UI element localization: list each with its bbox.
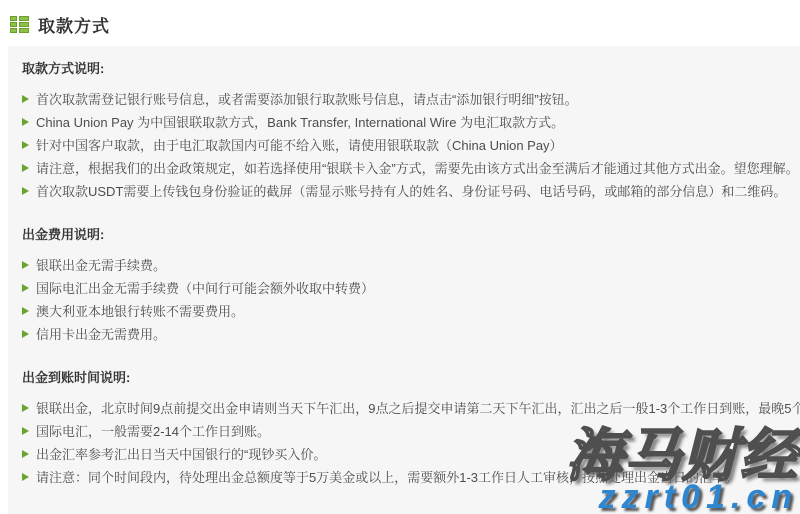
- list-item: 请注意，根据我们的出金政策规定，如若选择使用“银联卡入金”方式，需要先由该方式出…: [22, 161, 794, 176]
- arrow-bullet-icon: [22, 187, 29, 195]
- section-heading-withdraw-fees: 出金费用说明:: [22, 227, 794, 242]
- arrow-bullet-icon: [22, 450, 29, 458]
- arrow-bullet-icon: [22, 427, 29, 435]
- item-text: 银联出金，北京时间9点前提交出金申请则当天下午汇出，9点之后提交申请第二天下午汇…: [36, 401, 800, 416]
- list-item: 首次取款USDT需要上传钱包身份验证的截屏（需显示账号持有人的姓名、身份证号码、…: [22, 184, 794, 199]
- arrow-bullet-icon: [22, 307, 29, 315]
- section-heading-withdraw-methods: 取款方式说明:: [22, 61, 794, 76]
- item-text: 首次取款USDT需要上传钱包身份验证的截屏（需显示账号持有人的姓名、身份证号码、…: [36, 184, 786, 199]
- list-item: 澳大利亚本地银行转账不需要费用。: [22, 304, 794, 319]
- item-text: 首次取款需登记银行账号信息，或者需要添加银行取款账号信息，请点击“添加银行明细”…: [36, 92, 578, 107]
- page-header: 取款方式: [0, 0, 800, 40]
- list-item: 信用卡出金无需费用。: [22, 327, 794, 342]
- item-text: 国际电汇出金无需手续费（中间行可能会额外收取中转费）: [36, 281, 374, 296]
- list-item: 银联出金无需手续费。: [22, 258, 794, 273]
- list-squares-icon: [10, 15, 29, 34]
- arrow-bullet-icon: [22, 95, 29, 103]
- item-text: 请注意，根据我们的出金政策规定，如若选择使用“银联卡入金”方式，需要先由该方式出…: [36, 161, 799, 176]
- arrow-bullet-icon: [22, 473, 29, 481]
- list-item: 银联出金，北京时间9点前提交出金申请则当天下午汇出，9点之后提交申请第二天下午汇…: [22, 401, 794, 416]
- arrow-bullet-icon: [22, 261, 29, 269]
- arrow-bullet-icon: [22, 141, 29, 149]
- list-item: 出金汇率参考汇出日当天中国银行的“现钞买入价。: [22, 447, 794, 462]
- item-text: China Union Pay 为中国银联取款方式，Bank Transfer,…: [36, 115, 564, 130]
- item-text: 澳大利亚本地银行转账不需要费用。: [36, 304, 244, 319]
- list-item: 首次取款需登记银行账号信息，或者需要添加银行取款账号信息，请点击“添加银行明细”…: [22, 92, 794, 107]
- content-panel: 取款方式说明: 首次取款需登记银行账号信息，或者需要添加银行取款账号信息，请点击…: [8, 46, 800, 514]
- arrow-bullet-icon: [22, 118, 29, 126]
- item-text: 针对中国客户取款，由于电汇取款国内可能不给入账，请使用银联取款（China Un…: [36, 138, 563, 153]
- list-item: China Union Pay 为中国银联取款方式，Bank Transfer,…: [22, 115, 794, 130]
- list-item: 请注意：同个时间段内，待处理出金总额度等于5万美金或以上，需要额外1-3工作日人…: [22, 470, 794, 485]
- item-text: 信用卡出金无需费用。: [36, 327, 166, 342]
- page-title: 取款方式: [38, 12, 110, 37]
- item-text: 银联出金无需手续费。: [36, 258, 166, 273]
- arrow-bullet-icon: [22, 164, 29, 172]
- arrow-bullet-icon: [22, 330, 29, 338]
- section-heading-arrival-time: 出金到账时间说明:: [22, 370, 794, 385]
- item-text: 国际电汇，一般需要2-14个工作日到账。: [36, 424, 270, 439]
- arrow-bullet-icon: [22, 404, 29, 412]
- list-item: 国际电汇出金无需手续费（中间行可能会额外收取中转费）: [22, 281, 794, 296]
- item-text: 出金汇率参考汇出日当天中国银行的“现钞买入价。: [36, 447, 326, 462]
- list-item: 针对中国客户取款，由于电汇取款国内可能不给入账，请使用银联取款（China Un…: [22, 138, 794, 153]
- list-item: 国际电汇，一般需要2-14个工作日到账。: [22, 424, 794, 439]
- item-text: 请注意：同个时间段内，待处理出金总额度等于5万美金或以上，需要额外1-3工作日人…: [36, 470, 738, 485]
- arrow-bullet-icon: [22, 284, 29, 292]
